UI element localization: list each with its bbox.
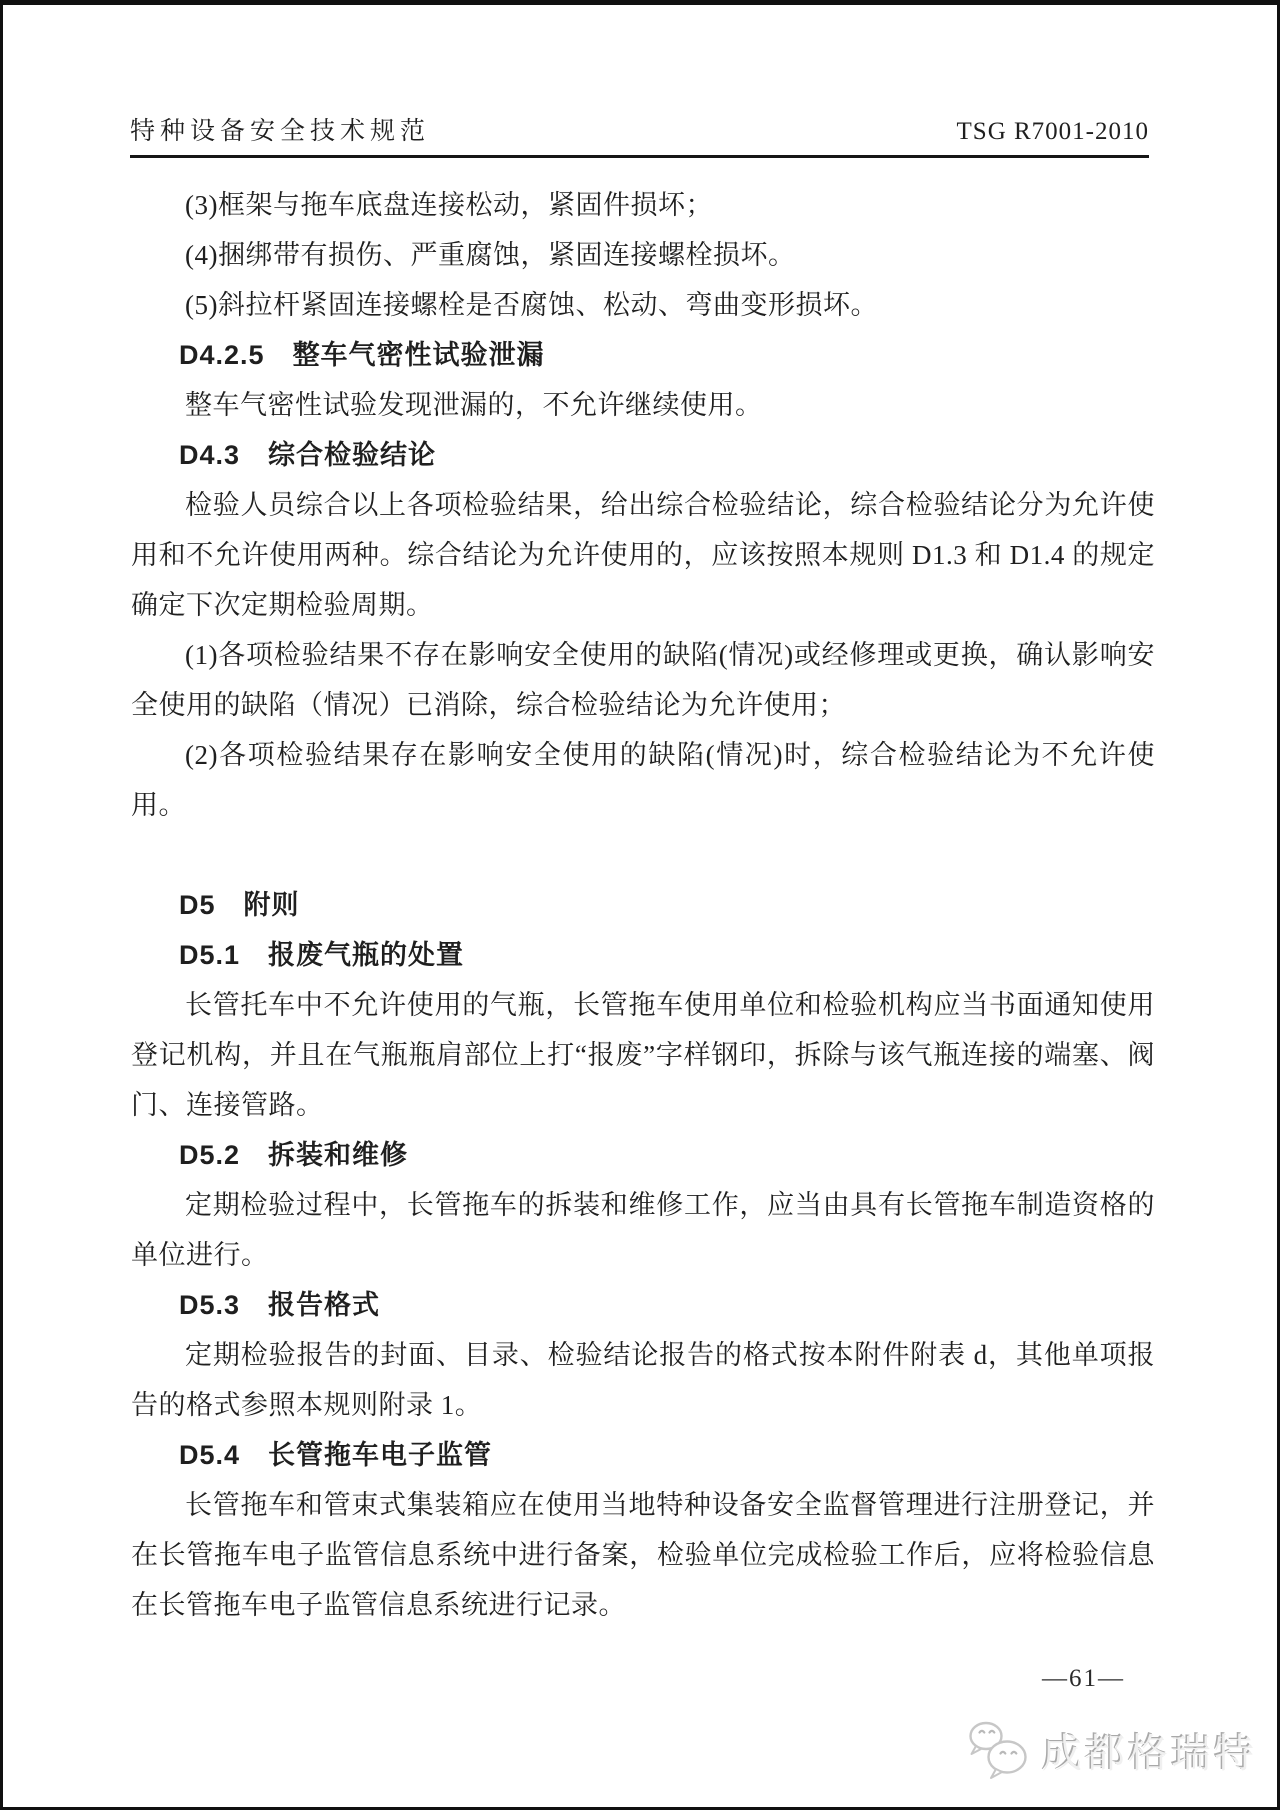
paragraph: (1)各项检验结果不存在影响安全使用的缺陷(情况)或经修理或更换，确认影响安全使… — [131, 630, 1155, 730]
section-title: 综合检验结论 — [268, 440, 436, 470]
header-rule — [130, 155, 1149, 158]
paragraph: 长管拖车和管束式集装箱应在使用当地特种设备安全监督管理进行注册登记，并在长管拖车… — [131, 1480, 1155, 1630]
section-heading: D5.3报告格式 — [131, 1280, 1155, 1330]
section-number: D4.3 — [179, 440, 240, 470]
paragraph: 检验人员综合以上各项检验结果，给出综合检验结论，综合检验结论分为允许使用和不允许… — [131, 480, 1155, 630]
section-title: 附则 — [244, 890, 300, 920]
section-title: 报废气瓶的处置 — [268, 940, 464, 970]
section-title: 报告格式 — [268, 1290, 380, 1320]
section-title: 长管拖车电子监管 — [268, 1440, 492, 1470]
paragraph: (4)捆绑带有损伤、严重腐蚀，紧固连接螺栓损坏。 — [131, 230, 1155, 280]
paragraph: 定期检验过程中，长管拖车的拆装和维修工作，应当由具有长管拖车制造资格的单位进行。 — [131, 1180, 1155, 1280]
section-heading: D5.1报废气瓶的处置 — [131, 930, 1155, 980]
page-number: —61— — [1042, 1665, 1125, 1693]
section-heading: D5附则 — [131, 880, 1155, 930]
section-heading: D4.3综合检验结论 — [131, 430, 1155, 480]
paragraph: 定期检验报告的封面、目录、检验结论报告的格式按本附件附表 d，其他单项报告的格式… — [131, 1330, 1155, 1430]
section-heading: D5.4长管拖车电子监管 — [131, 1430, 1155, 1480]
section-number: D5 — [179, 890, 216, 920]
section-number: D5.1 — [179, 940, 240, 970]
paragraph: (3)框架与拖车底盘连接松动，紧固件损坏； — [131, 180, 1155, 230]
section-heading: D5.2拆装和维修 — [131, 1130, 1155, 1180]
paragraph: (5)斜拉杆紧固连接螺栓是否腐蚀、松动、弯曲变形损坏。 — [131, 280, 1155, 330]
paragraph: 长管托车中不允许使用的气瓶，长管拖车使用单位和检验机构应当书面通知使用登记机构，… — [131, 980, 1155, 1130]
section-number: D5.4 — [179, 1440, 240, 1470]
watermark-text: 成都格瑞特 — [1042, 1722, 1257, 1779]
section-heading: D4.2.5整车气密性试验泄漏 — [131, 330, 1155, 380]
paragraph: 整车气密性试验发现泄漏的，不允许继续使用。 — [131, 380, 1155, 430]
section-title: 拆装和维修 — [268, 1140, 408, 1170]
watermark: 成都格瑞特 — [966, 1719, 1257, 1781]
document-page: 特种设备安全技术规范 TSG R7001-2010 (3)框架与拖车底盘连接松动… — [0, 0, 1280, 1810]
section-number: D4.2.5 — [179, 340, 265, 370]
section-number: D5.3 — [179, 1290, 240, 1320]
section-title: 整车气密性试验泄漏 — [293, 340, 545, 370]
paragraph: (2)各项检验结果存在影响安全使用的缺陷(情况)时，综合检验结论为不允许使用。 — [131, 730, 1155, 830]
section-number: D5.2 — [179, 1140, 240, 1170]
wechat-icon — [966, 1719, 1032, 1781]
header-title: 特种设备安全技术规范 — [130, 117, 430, 147]
document-body: (3)框架与拖车底盘连接松动，紧固件损坏；(4)捆绑带有损伤、严重腐蚀，紧固连接… — [131, 180, 1155, 1630]
page-header: 特种设备安全技术规范 TSG R7001-2010 — [130, 117, 1149, 147]
header-doc-number: TSG R7001-2010 — [957, 117, 1149, 147]
